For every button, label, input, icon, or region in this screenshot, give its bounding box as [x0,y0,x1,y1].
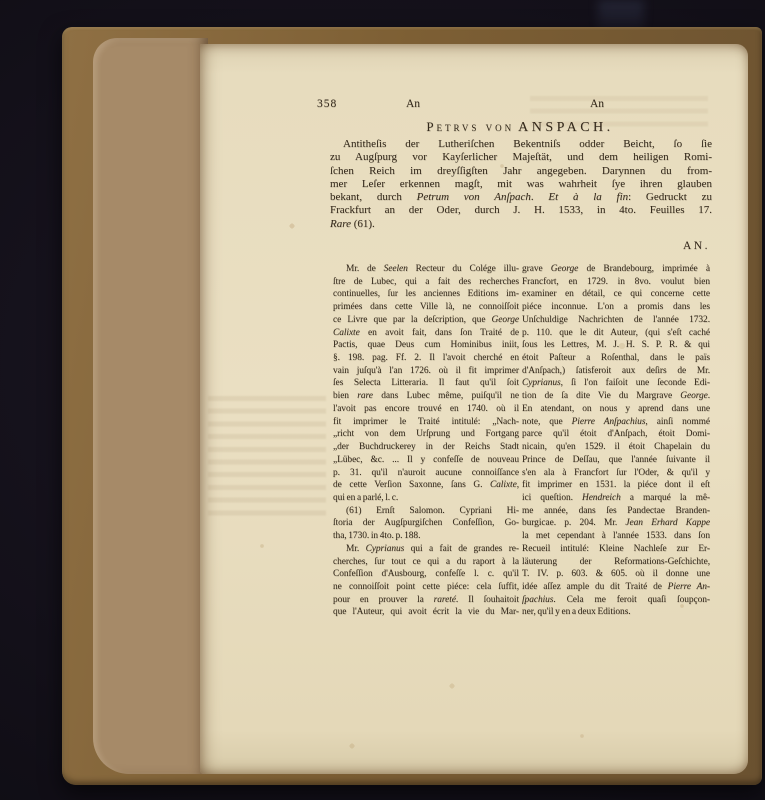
entry-title-name: Petrvs von [426,119,514,134]
catchword: AN. [683,240,710,252]
page-number: 358 [317,98,337,110]
text-line: zu Augſpurg vor Kayſerlicher Majeſtät, u… [330,151,712,164]
text-line: läuterung der Reformations-Geſchichte, [522,556,710,569]
text-line: primées dans cette Ville là, ne connoiſſ… [333,301,519,314]
text-line: tha, 1730. in 4to. p. 188. [333,530,519,543]
text-line: T. IV. p. 603. & 605. où il donne une [522,568,710,581]
entry-title: Petrvs von ANSPACH. [328,118,712,136]
entry-title-surname: ANSPACH. [518,120,614,135]
left-column: Mr. de Seelen Recteur du Colége illu-ſtr… [333,263,519,619]
intro-paragraph: Antitheſis der Lutheriſchen Bekentniſs o… [330,138,712,231]
text-line: qui en a parlé, l. c. [333,492,519,505]
text-line: ce Livre que par la deſcription, que Geo… [333,314,519,327]
text-line: „der Buchdruckerey in der Reichs Stadt [333,441,519,454]
text-line: Rare (61). [330,218,712,231]
text-line: ſpachius. Cela me feroit quaſi ſoupçon- [522,594,710,607]
text-line: ne connoiſſoit point cette piéce: cela ſ… [333,581,519,594]
text-line: mer Leſer erkennen magſt, mit was wahrhe… [330,178,712,191]
text-line: „richt von dem Urſprung und Fortgang [333,428,519,441]
text-line: d'Anſpach,) ſatisferoit aux deſirs de Mr… [522,365,710,378]
text-line: Unſchuldige Nachrichten de l'année 1732. [522,314,710,327]
text-line: fit imprimer le Traité intitulé: „Nach- [333,416,519,429]
page-edges [93,38,208,774]
text-line: Prince de Deſſau, que l'année ſuivante i… [522,454,710,467]
text-line: parce qu'il étoit d'Anſpach, étoit Domi- [522,428,710,441]
text-line: (61) Ernſt Salomon. Cypriani Hi- [333,505,519,518]
text-line: examiner en détail, ce qui concerne cett… [522,288,710,301]
text-line: bien rare dans Lubec même, puiſqu'il ne [333,390,519,403]
text-line: de cette Verſion Saxonne, ſans G. Calixt… [333,479,519,492]
text-line: Calixte en avoit fait, dans ſon Traité d… [333,327,519,340]
text-line: Pactis, quae Deus cum Hominibus iniit, [333,339,519,352]
text-line: ſes Selecta Litteraria. Il faut qu'il ſo… [333,377,519,390]
text-line: ſtre de Lubec, qui a fait des recherches [333,276,519,289]
text-line: note, que Pierre Anſpachius, ainſi nommé [522,416,710,429]
text-line: nicain, qu'en 1529. il étoit Chapelain d… [522,441,710,454]
text-line: piéce inconnue. L'on a promis dans les [522,301,710,314]
text-line: la met cependant à l'année 1533. dans ſo… [522,530,710,543]
text-line: §. 198. pag. Ff. 2. Il l'avoit cherché e… [333,352,519,365]
book-page: 358 An An Petrvs von ANSPACH. Antitheſis… [200,44,748,774]
facing-page-edge [747,47,765,771]
right-column: grave George de Brandebourg, imprimée àF… [522,263,710,619]
text-line: bekant, durch Petrum von Anſpach. Et à l… [330,191,712,204]
text-line: me année, dans ſes Pandectae Branden- [522,505,710,518]
text-line: s'en ala à Francfort ſur l'Oder, & qu'il… [522,467,710,480]
text-line: p. 31. qu'il n'auroit aucune connoiſſanc… [333,467,519,480]
text-line: Confeſſion d'Ausbourg, confeſſe l. c. qu… [333,568,519,581]
text-line: Antitheſis der Lutheriſchen Bekentniſs o… [330,138,712,151]
text-line: ner, qu'il y en a deux Editions. [522,606,710,619]
bleedthrough-texture [208,396,326,518]
text-line: étoit Paſteur a Roſenthal, dans le païs [522,352,710,365]
text-line: ici queſtion. Hendreich a marqué la mê- [522,492,710,505]
text-line: fit imprimer en 1531. la piéce dont il e… [522,479,710,492]
text-line: ſtoria der Augſpurgiſchen Confeſſion, Go… [333,517,519,530]
text-line: Mr. Cyprianus qui a fait de grandes re- [333,543,519,556]
text-line: Mr. de Seelen Recteur du Colége illu- [333,263,519,276]
text-line: pour en prouver la rareté. Il ſouhaitoit [333,594,519,607]
text-line: Recueil intitulé: Kleine Nachleſe zur Er… [522,543,710,556]
text-line: grave George de Brandebourg, imprimée à [522,263,710,276]
photo-background: 358 An An Petrvs von ANSPACH. Antitheſis… [0,0,765,800]
text-line: Frackfurt an der Oder, durch J. H. 1533,… [330,204,712,217]
text-line: l'avoit pas encore trouvé en 1740. où il [333,403,519,416]
text-line: idée aſſez ample du dit Traité de Pierre… [522,581,710,594]
text-line: En atendant, on nous y aprend dans une [522,403,710,416]
text-line: ſchen Reich im dreyſſigſten Jahr angegeb… [330,165,712,178]
running-header: 358 An An [200,98,748,114]
text-line: Francfort, en 1729. in 8vo. voulut bien [522,276,710,289]
running-head-right: An [590,98,604,110]
text-line: ſous les Lettres, M. J. H. S. P. R. & qu… [522,339,710,352]
text-line: Cyprianus, ſi l'on faiſoit une ſeconde E… [522,377,710,390]
text-line: „Lübec, &c. ... Il y confeſſe de nouveau [333,454,519,467]
text-line: cherches, ſur tout ce qui a du raport à … [333,556,519,569]
text-line: p. 110. que le dit Auteur, (qui s'eſt ca… [522,327,710,340]
running-head-left: An [406,98,420,110]
text-line: burgicae. p. 204. Mr. Jean Erhard Kappe [522,517,710,530]
text-line: que l'Auteur, qui avoit écrit la vie du … [333,606,519,619]
text-line: vain juſqu'à l'an 1726. où il fit imprim… [333,365,519,378]
text-line: tion de ſa dite Vie du Margrave George. [522,390,710,403]
text-line: continuelles, ſur les anciennes Editions… [333,288,519,301]
